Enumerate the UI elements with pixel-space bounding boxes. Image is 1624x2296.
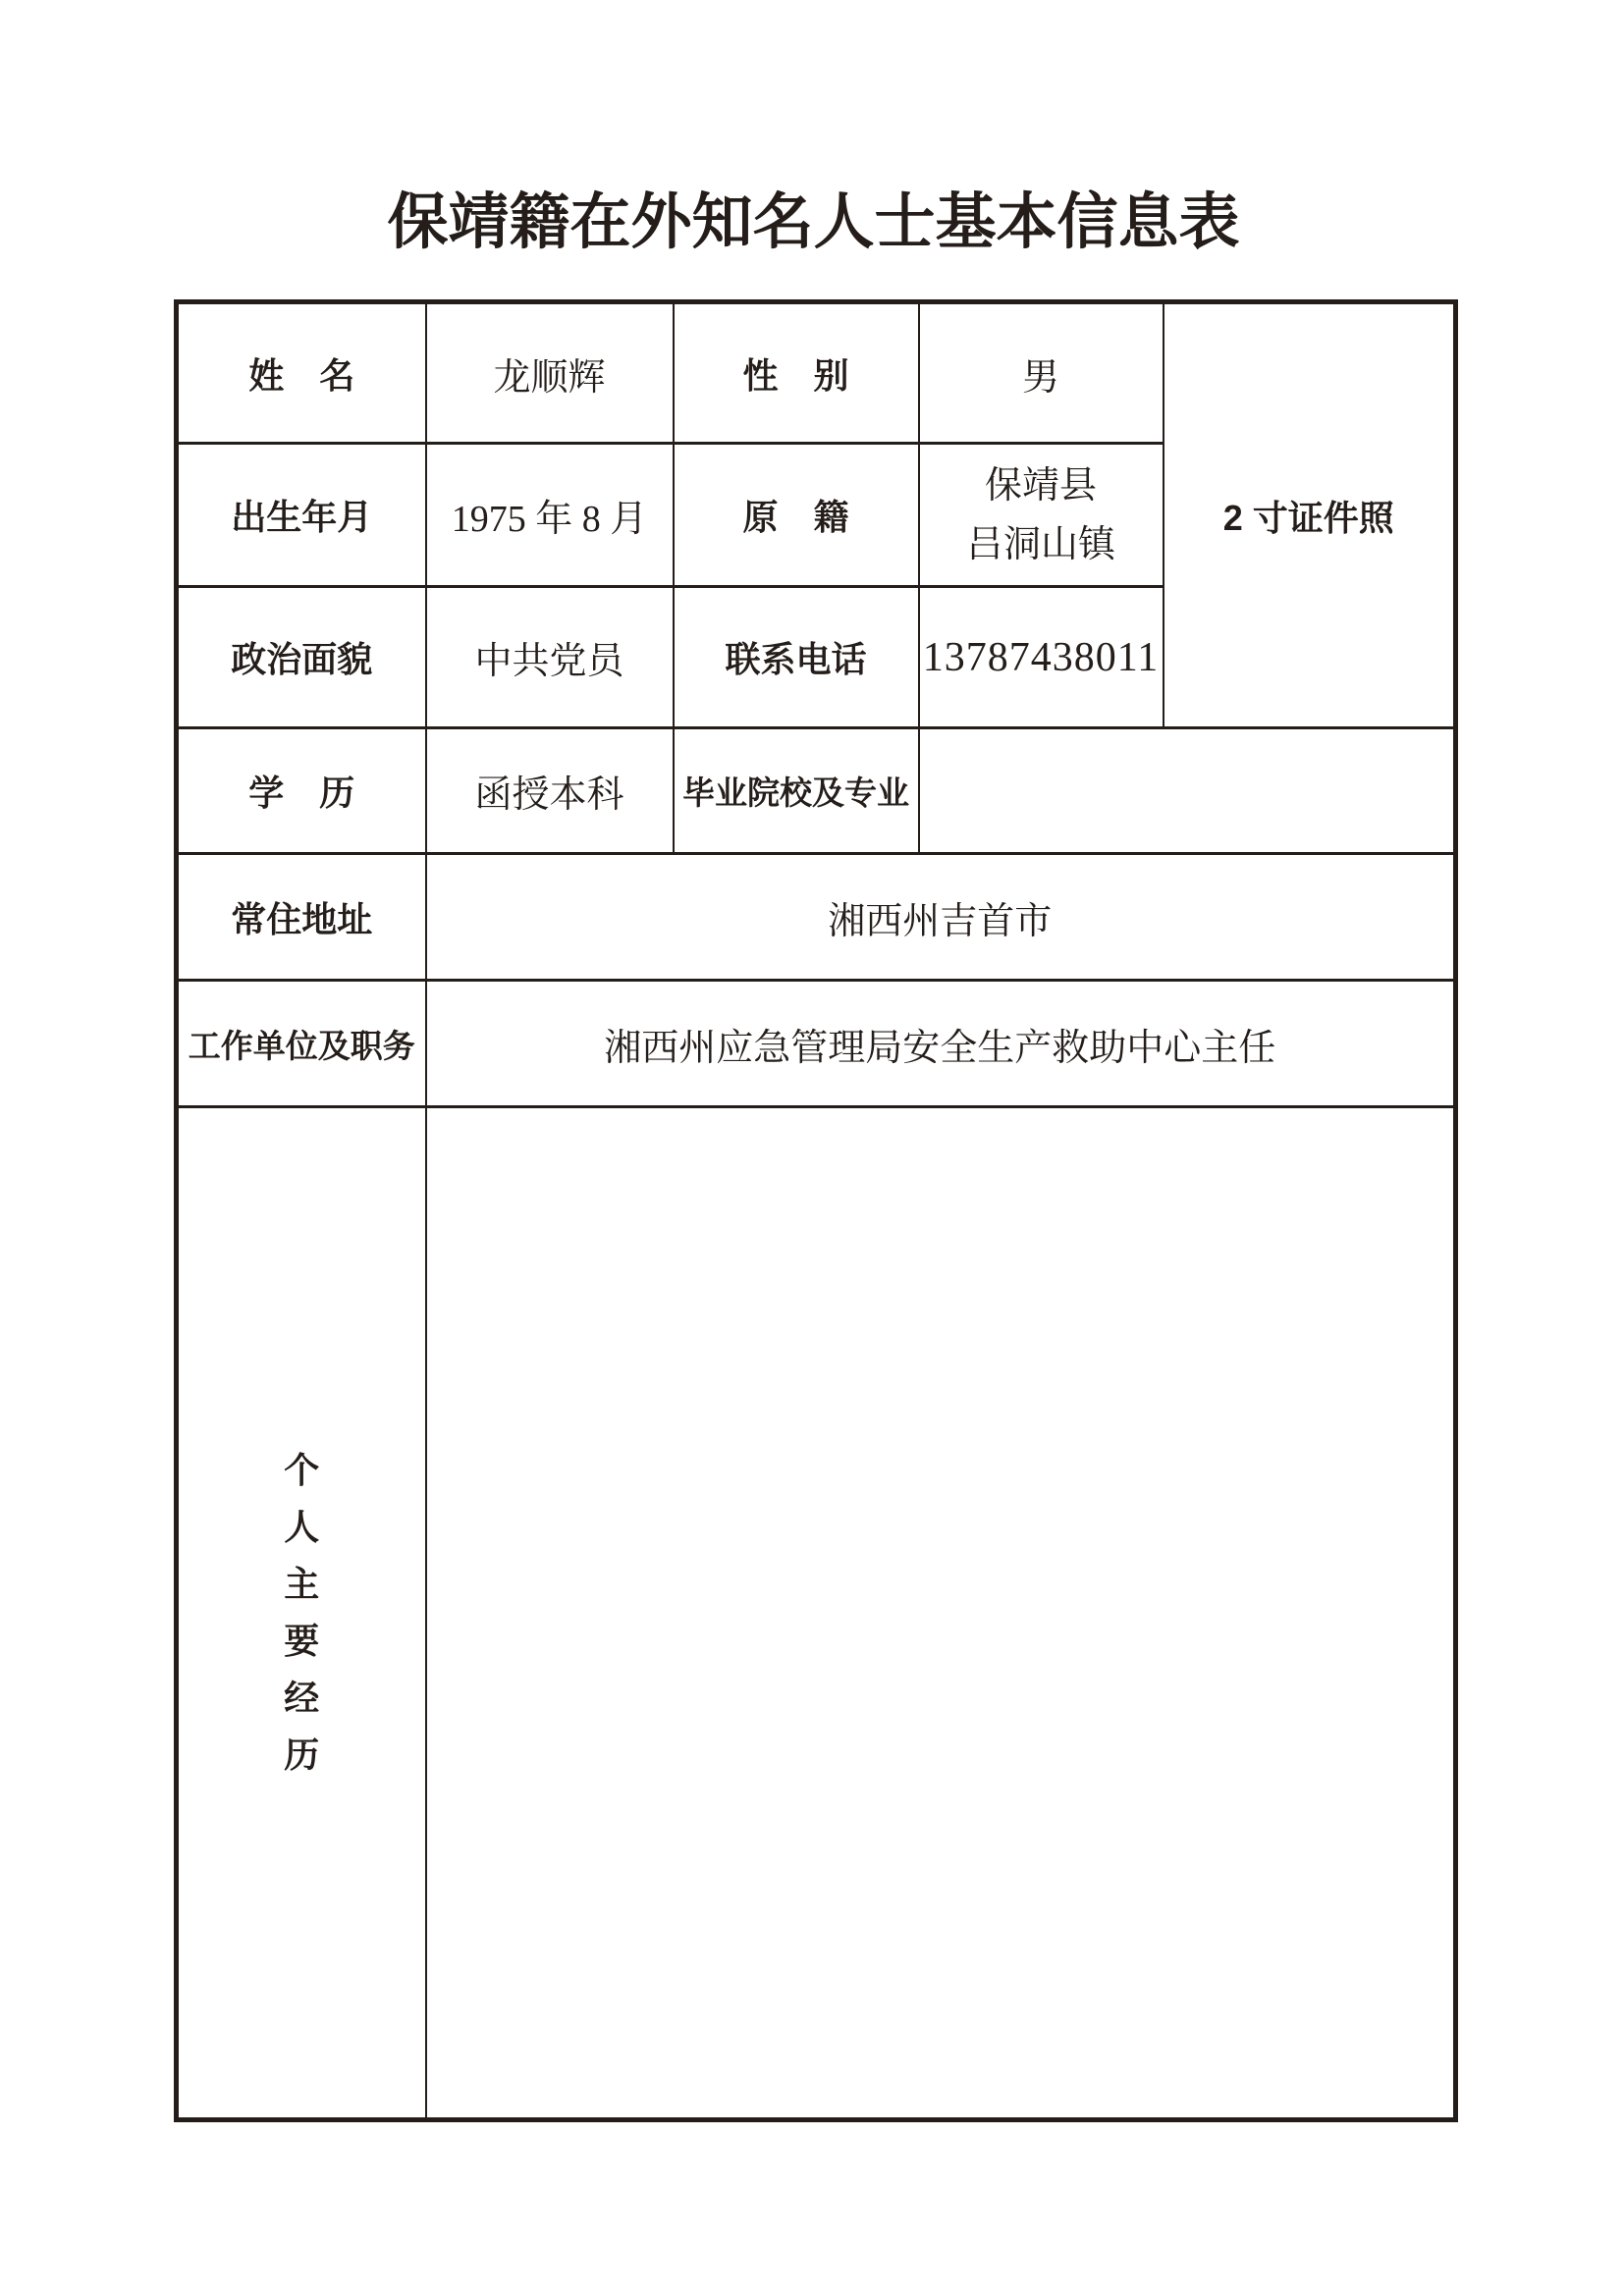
row-name-gender: 姓 名 龙顺辉 性 别 男 2 寸证件照 — [177, 302, 1456, 444]
political-value: 中共党员 — [426, 587, 674, 728]
photo-placeholder-cell: 2 寸证件照 — [1164, 302, 1456, 728]
row-address: 常住地址 湘西州吉首市 — [177, 854, 1456, 981]
row-experience: 个人主要经历 — [177, 1107, 1456, 2120]
row-work: 工作单位及职务 湘西州应急管理局安全生产救助中心主任 — [177, 981, 1456, 1107]
work-value: 湘西州应急管理局安全生产救助中心主任 — [426, 981, 1456, 1107]
experience-label: 个人主要经历 — [279, 1442, 324, 1784]
origin-value-line2: 吕洞山镇 — [920, 515, 1163, 574]
political-label: 政治面貌 — [177, 587, 426, 728]
page-title: 保靖籍在外知名人士基本信息表 — [174, 188, 1453, 257]
school-value — [919, 728, 1456, 854]
origin-value-line1: 保靖县 — [920, 456, 1163, 515]
address-value: 湘西州吉首市 — [426, 854, 1456, 981]
phone-value: 13787438011 — [919, 587, 1164, 728]
name-label: 姓 名 — [177, 302, 426, 444]
birth-value: 1975 年 8 月 — [426, 444, 674, 587]
work-label: 工作单位及职务 — [177, 981, 426, 1107]
school-label: 毕业院校及专业 — [674, 728, 919, 854]
education-value: 函授本科 — [426, 728, 674, 854]
experience-label-cell: 个人主要经历 — [177, 1107, 426, 2120]
info-table: 姓 名 龙顺辉 性 别 男 2 寸证件照 出生年月 1975 年 8 月 原 籍… — [174, 299, 1458, 2122]
gender-label: 性 别 — [674, 302, 919, 444]
address-label: 常住地址 — [177, 854, 426, 981]
origin-value: 保靖县 吕洞山镇 — [919, 444, 1164, 587]
phone-label: 联系电话 — [674, 587, 919, 728]
experience-value — [426, 1107, 1456, 2120]
origin-label: 原 籍 — [674, 444, 919, 587]
birth-label: 出生年月 — [177, 444, 426, 587]
gender-value: 男 — [919, 302, 1164, 444]
name-value: 龙顺辉 — [426, 302, 674, 444]
education-label: 学 历 — [177, 728, 426, 854]
row-education-school: 学 历 函授本科 毕业院校及专业 — [177, 728, 1456, 854]
